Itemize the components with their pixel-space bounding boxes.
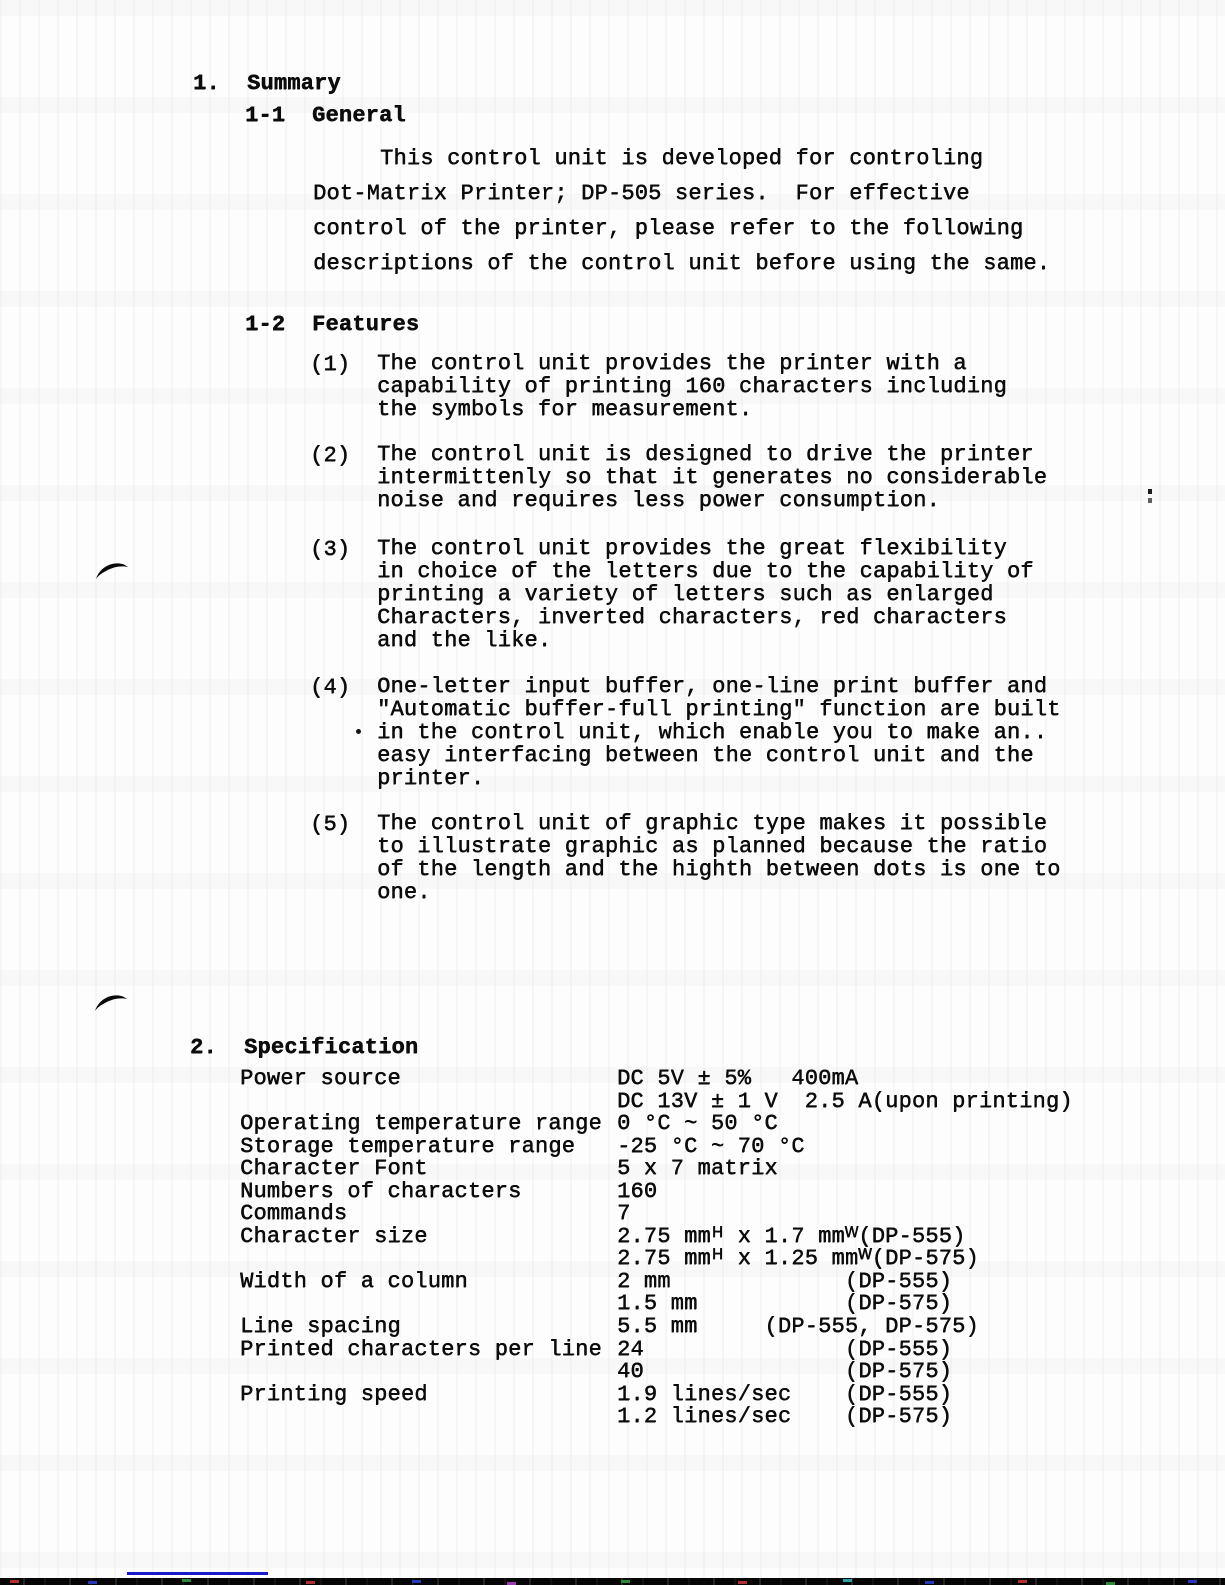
paragraph-line: descriptions of the control unit before … (313, 246, 1050, 281)
spec-row: Storage temperature range-25 °C ~ 70 °C (240, 1136, 1073, 1159)
ink-smudge-mark (95, 562, 129, 581)
feature-line: The control unit provides the printer wi… (377, 352, 1007, 375)
spec-row: Printing speed1.9 lines/sec (DP-555) (240, 1384, 1073, 1407)
spec-value: 1.5 mm (DP-575) (617, 1291, 952, 1316)
feature-item-text: The control unit provides the great flex… (377, 537, 1034, 652)
feature-item-4: (4)One-letter input buffer, one-line pri… (310, 675, 1061, 790)
spec-row: Operating temperature range0 °C ~ 50 °C (240, 1113, 1073, 1136)
scan-noise-bar (0, 1578, 1225, 1585)
feature-item-number: (4) (310, 675, 350, 700)
spec-value: 2 mm (DP-555) (617, 1269, 952, 1294)
spec-label: Storage temperature range (240, 1136, 617, 1159)
scan-speck (1148, 489, 1152, 494)
feature-item-number: (1) (310, 352, 350, 377)
spec-row: Character size2.75 mmᴴ x 1.7 mmᵂ(DP-555) (240, 1226, 1073, 1249)
spec-label: Numbers of characters (240, 1181, 617, 1204)
feature-line: of the length and the highth between dot… (377, 858, 1061, 881)
spec-row: Printed characters per line24 (DP-555) (240, 1339, 1073, 1362)
feature-item-1: (1)The control unit provides the printer… (310, 352, 1007, 421)
section-2-title: Specification (244, 1035, 418, 1060)
feature-line: printer. (377, 767, 1061, 790)
spec-value: 1.2 lines/sec (DP-575) (617, 1404, 952, 1429)
section-1-2-number: 1-2 (245, 313, 312, 337)
spec-row: 1.5 mm (DP-575) (240, 1293, 1073, 1316)
section-1-title: Summary (247, 71, 341, 96)
feature-line: noise and requires less power consumptio… (377, 489, 1047, 512)
spec-value: -25 °C ~ 70 °C (617, 1134, 805, 1159)
spec-row: Line spacing5.5 mm (DP-555, DP-575) (240, 1316, 1073, 1339)
section-1-2-heading: 1-2Features (245, 313, 419, 337)
feature-item-number: (2) (310, 443, 350, 468)
spec-value: 1.9 lines/sec (DP-555) (617, 1382, 952, 1407)
spec-label: Operating temperature range (240, 1113, 617, 1136)
feature-line: easy interfacing between the control uni… (377, 744, 1061, 767)
section-2-heading: 2.Specification (190, 1036, 418, 1060)
feature-item-number: (5) (310, 812, 350, 837)
spec-value: DC 13V ± 1 V 2.5 A(upon printing) (617, 1089, 1073, 1114)
feature-item-text: The control unit provides the printer wi… (377, 352, 1007, 421)
spec-row: DC 13V ± 1 V 2.5 A(upon printing) (240, 1091, 1073, 1114)
feature-item-3: (3)The control unit provides the great f… (310, 537, 1034, 652)
spec-rows: Power sourceDC 5V ± 5% 400mADC 13V ± 1 V… (240, 1068, 1073, 1429)
feature-line: "Automatic buffer-full printing" functio… (377, 698, 1061, 721)
spec-row: 2.75 mmᴴ x 1.25 mmᵂ(DP-575) (240, 1248, 1073, 1271)
spec-label: Width of a column (240, 1271, 617, 1294)
feature-line: the symbols for measurement. (377, 398, 1007, 421)
spec-row: 40 (DP-575) (240, 1361, 1073, 1384)
spec-label: Character Font (240, 1158, 617, 1181)
spec-row: Width of a column2 mm (DP-555) (240, 1271, 1073, 1294)
scan-noise-specks (10, 1580, 19, 1583)
spec-value: 7 (617, 1201, 630, 1226)
spec-value: 2.75 mmᴴ x 1.7 mmᵂ(DP-555) (617, 1224, 965, 1249)
general-paragraph: This control unit is developed for contr… (313, 141, 1050, 281)
feature-item-text: The control unit of graphic type makes i… (377, 812, 1061, 904)
section-1-1-title: General (312, 103, 406, 128)
spec-row: Power sourceDC 5V ± 5% 400mA (240, 1068, 1073, 1091)
feature-line: to illustrate graphic as planned because… (377, 835, 1061, 858)
blue-underline-mark (127, 1572, 268, 1575)
feature-item-5: (5)The control unit of graphic type make… (310, 812, 1061, 904)
spec-label: Printing speed (240, 1384, 617, 1407)
feature-line: and the like. (377, 629, 1034, 652)
feature-line: The control unit is designed to drive th… (377, 443, 1047, 466)
feature-item-text: The control unit is designed to drive th… (377, 443, 1047, 512)
feature-line: Characters, inverted characters, red cha… (377, 606, 1034, 629)
spec-value: 5.5 mm (DP-555, DP-575) (617, 1314, 979, 1339)
stray-period-mark (356, 729, 361, 734)
paragraph-line: control of the printer, please refer to … (313, 211, 1050, 246)
spec-label: Power source (240, 1068, 617, 1091)
feature-line: intermittenly so that it generates no co… (377, 466, 1047, 489)
spec-value: 160 (617, 1179, 657, 1204)
spec-label: Line spacing (240, 1316, 617, 1339)
feature-line: capability of printing 160 characters in… (377, 375, 1007, 398)
spec-value: 5 x 7 matrix (617, 1156, 778, 1181)
feature-line: The control unit provides the great flex… (377, 537, 1034, 560)
spec-row: Commands7 (240, 1203, 1073, 1226)
section-1-heading: 1.Summary (193, 72, 341, 96)
spec-value: DC 5V ± 5% 400mA (617, 1066, 858, 1091)
feature-line: one. (377, 881, 1061, 904)
ink-smudge-mark (94, 994, 128, 1013)
scanned-manual-page: 1.Summary 1-1General This control unit i… (0, 0, 1225, 1585)
feature-line: in the control unit, which enable you to… (377, 721, 1061, 744)
spec-value: 0 °C ~ 50 °C (617, 1111, 778, 1136)
feature-item-text: One-letter input buffer, one-line print … (377, 675, 1061, 790)
spec-row: 1.2 lines/sec (DP-575) (240, 1406, 1073, 1429)
section-1-2-title: Features (312, 312, 419, 337)
feature-line: One-letter input buffer, one-line print … (377, 675, 1061, 698)
section-1-1-number: 1-1 (245, 104, 312, 128)
feature-line: printing a variety of letters such as en… (377, 583, 1034, 606)
feature-item-number: (3) (310, 537, 350, 562)
section-1-number: 1. (193, 72, 247, 96)
spec-row: Numbers of characters160 (240, 1181, 1073, 1204)
spec-value: 2.75 mmᴴ x 1.25 mmᵂ(DP-575) (617, 1246, 979, 1271)
spec-label: Character size (240, 1226, 617, 1249)
section-1-1-heading: 1-1General (245, 104, 406, 128)
spec-value: 40 (DP-575) (617, 1359, 952, 1384)
section-2-number: 2. (190, 1036, 244, 1060)
paragraph-line: Dot-Matrix Printer; DP-505 series. For e… (313, 176, 1050, 211)
spec-value: 24 (DP-555) (617, 1337, 952, 1362)
feature-line: The control unit of graphic type makes i… (377, 812, 1061, 835)
spec-label: Printed characters per line (240, 1339, 617, 1362)
paragraph-line: This control unit is developed for contr… (313, 141, 1050, 176)
feature-line: in choice of the letters due to the capa… (377, 560, 1034, 583)
feature-item-2: (2)The control unit is designed to drive… (310, 443, 1047, 512)
spec-label: Commands (240, 1203, 617, 1226)
spec-row: Character Font5 x 7 matrix (240, 1158, 1073, 1181)
